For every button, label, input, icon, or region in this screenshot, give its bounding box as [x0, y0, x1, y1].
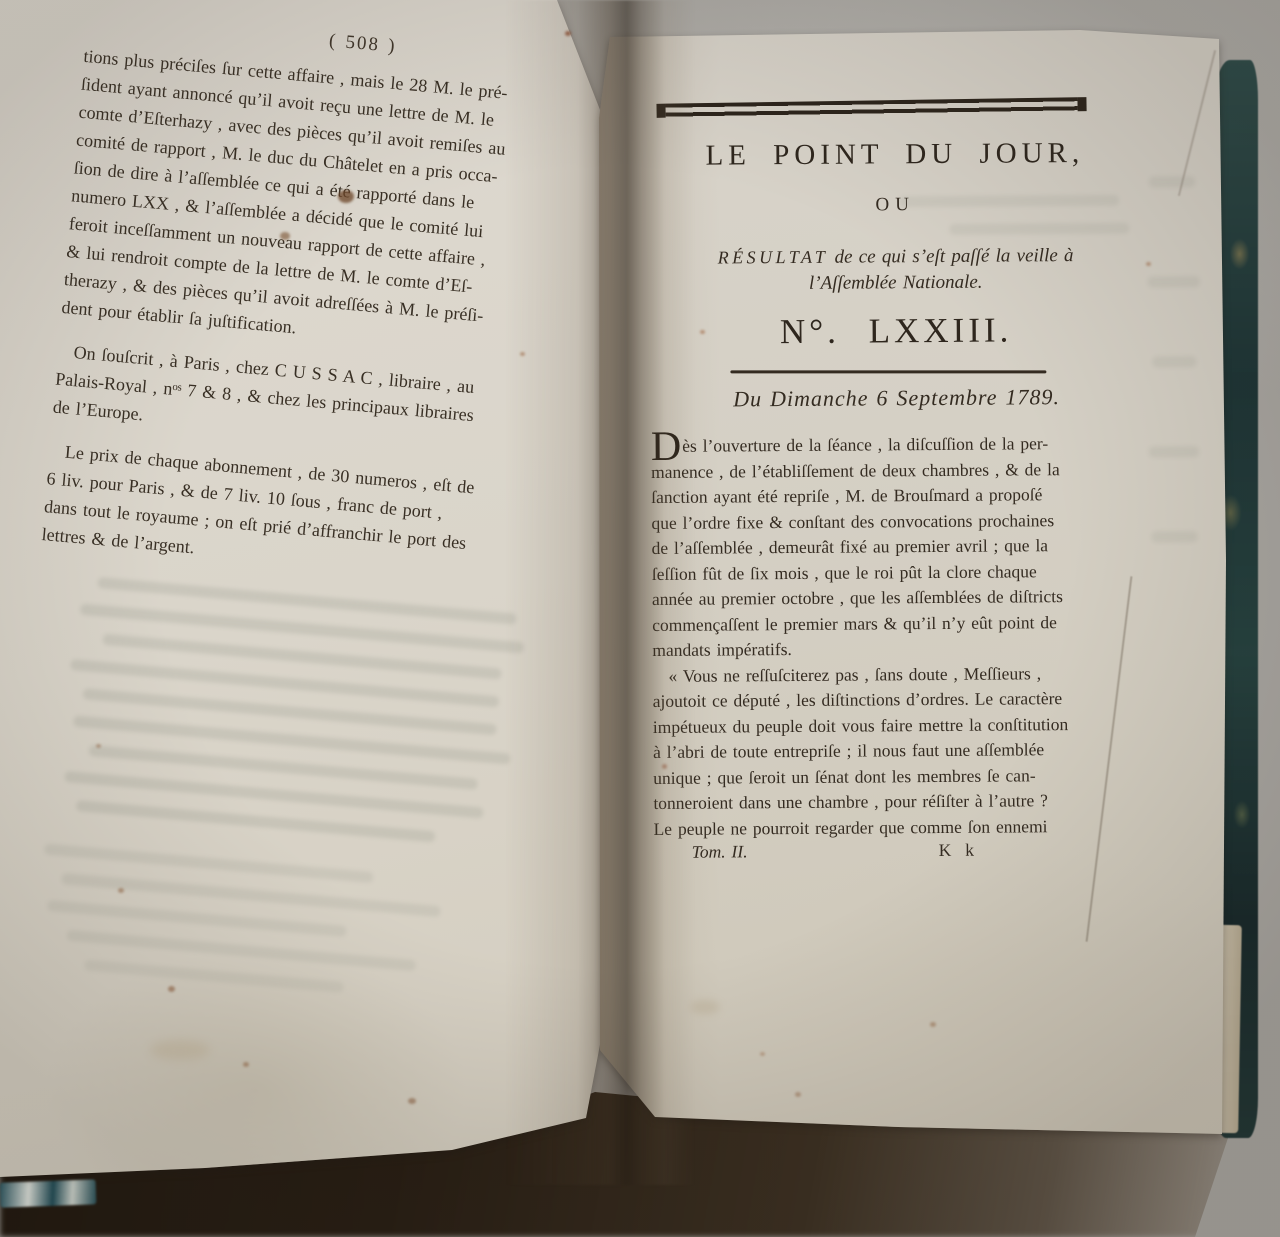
showthrough-mark — [1149, 176, 1195, 187]
showthrough-mark — [1148, 276, 1200, 287]
foxing-spot — [690, 1000, 720, 1014]
paper-crease — [1178, 50, 1216, 196]
foxing-spot — [760, 1052, 765, 1056]
foxing-spot — [662, 764, 667, 769]
headpiece-double-rule — [656, 97, 1086, 118]
text-line: Dès l’ouverture de la ſéance , la diſcuſ… — [651, 431, 1143, 460]
foxing-spot — [520, 352, 525, 356]
showthrough-mark — [899, 195, 1119, 208]
tome-label: Tom. II. — [692, 841, 748, 861]
issue-date: Du Dimanche 6 Septembre 1789. — [650, 383, 1142, 412]
text-line: manence , de l’établiſſement de deux cha… — [651, 456, 1143, 485]
text-line: année au premier octobre , que les aſſem… — [652, 584, 1144, 613]
book-photo: ( 508 ) tions plus préciſes ſur cette af… — [0, 0, 1280, 1237]
journal-title: LE POINT DU JOUR, — [649, 141, 1141, 170]
text-line: impétueux du peuple doit vous faire mett… — [653, 711, 1145, 740]
text-line: de l’aſſemblée , demeurât fixé au premie… — [652, 533, 1144, 562]
foxing-spot — [795, 1092, 801, 1097]
body-paragraph-2: « Vous ne reſſuſciterez pas , ſans doute… — [652, 660, 1145, 842]
text-line: ajoutoit ce député , les diſtinctions d’… — [653, 686, 1145, 715]
signature-mark: K k — [939, 838, 978, 864]
journal-subtitle: RÉSULTAT de ce qui s’eſt paſſé la veille… — [650, 242, 1142, 298]
first-line-rest: ès l’ouverture de la ſéance , la diſcuſſ… — [682, 433, 1048, 456]
text-line: commençaſſent le premier mars & qu’il n’… — [652, 609, 1144, 638]
text-line: ſeſſion fût de ſix mois , que le roi pût… — [652, 558, 1144, 587]
foxing-spot — [243, 1062, 249, 1067]
text-line: à l’abri de toute entrepriſe ; il nous f… — [653, 737, 1145, 766]
subtitle-lead: RÉSULTAT — [718, 247, 829, 268]
showthrough-mark — [949, 223, 1129, 235]
page-footer: Tom. II. K k — [654, 837, 1146, 866]
text-line: mandats impératifs. — [652, 635, 1144, 664]
foxing-spot — [168, 986, 175, 992]
foxing-spot — [280, 232, 290, 240]
foxing-spot — [700, 330, 705, 334]
foxing-spot — [930, 1022, 936, 1027]
right-page-text: LE POINT DU JOUR, OU RÉSULTAT de ce qui … — [648, 27, 1146, 866]
foxing-spot — [565, 31, 571, 36]
separator-rule — [730, 370, 1046, 373]
text-line: unique ; que ſeroit un ſénat dont les me… — [653, 762, 1145, 791]
drop-cap: D — [651, 424, 683, 470]
foxing-spot — [118, 888, 124, 893]
foxing-spot — [1146, 262, 1151, 266]
issue-number: N°. LXXIII. — [650, 317, 1142, 346]
body-paragraph-1: Dès l’ouverture de la ſéance , la diſcuſ… — [651, 431, 1145, 664]
text-line: que l’ordre fixe & conſtant des convocat… — [651, 507, 1143, 536]
subtitle-rest: de ce qui s’eſt paſſé la veille à — [828, 245, 1073, 268]
text-line: ſanction ayant été repriſe , M. de Brouſ… — [651, 482, 1143, 511]
showthrough-mark — [1152, 531, 1198, 542]
subtitle-line2: l’Aſſemblée Nationale. — [809, 272, 983, 294]
text-line: tonneroient dans une chambre , pour réſi… — [653, 788, 1145, 817]
foxing-spot — [338, 190, 354, 203]
showthrough-mark — [1152, 356, 1196, 367]
text-line: « Vous ne reſſuſciterez pas , ſans doute… — [652, 660, 1144, 689]
showthrough-mark — [1149, 446, 1199, 457]
foxing-spot — [150, 1040, 210, 1060]
foxing-spot — [96, 744, 101, 748]
foxing-spot — [408, 1098, 416, 1104]
